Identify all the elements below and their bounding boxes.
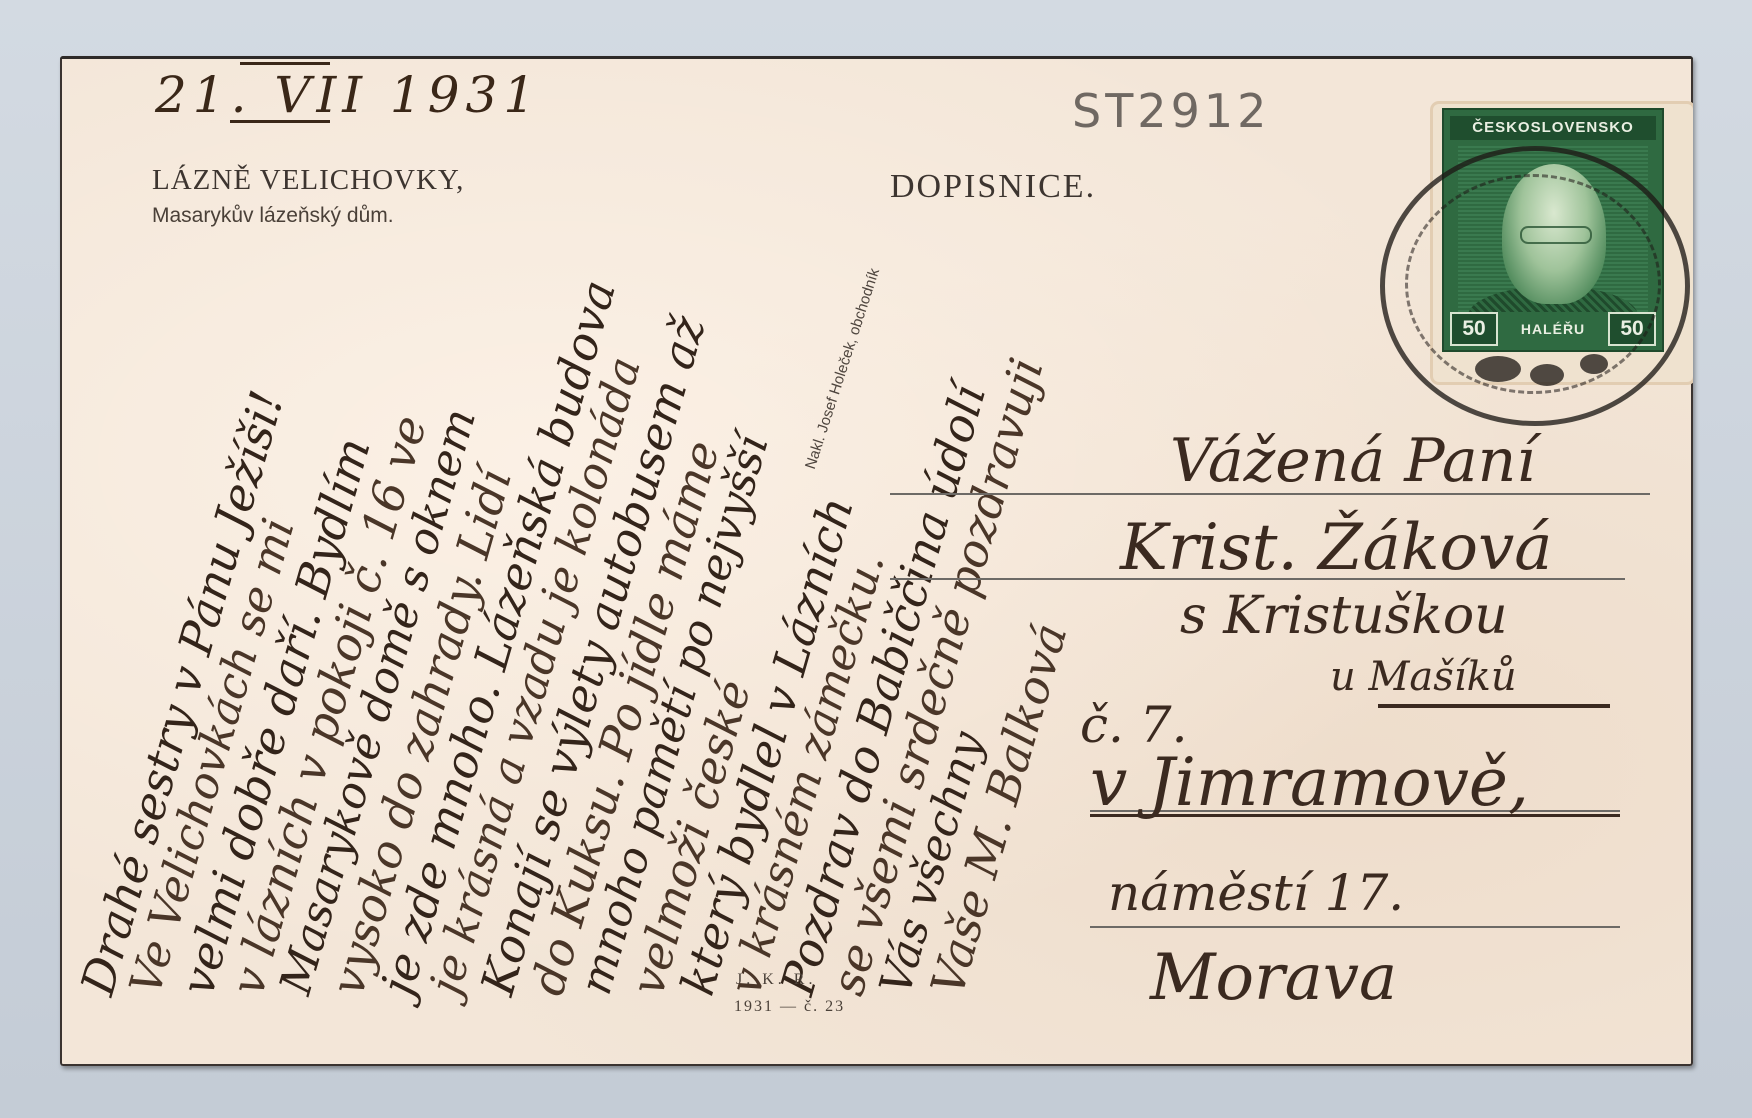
address-name: Krist. Žáková — [1120, 511, 1552, 585]
inventory-code: ST2912 — [1072, 84, 1270, 138]
print-number: 1931 — č. 23 — [734, 998, 845, 1016]
postmark-inner-ring — [1405, 174, 1661, 394]
address-companion: s Kristuškou — [1180, 586, 1508, 646]
postmark-ink — [1580, 354, 1608, 374]
print-code: J. K. R. — [736, 971, 816, 989]
postmark-ink — [1530, 364, 1564, 386]
address-salutation: Vážená Paní — [1170, 426, 1535, 496]
address-at: u Mašíků — [1330, 654, 1517, 700]
address-rule — [1090, 926, 1620, 928]
postmark-ink — [1475, 356, 1521, 382]
address-region: Morava — [1150, 941, 1397, 1015]
address-town: v Jimramově, — [1090, 744, 1529, 821]
postcard: 21. VII 1931 LÁZNĚ VELICHOVKY, Masarykův… — [60, 56, 1693, 1066]
stamp-country: ČESKOSLOVENSKO — [1450, 116, 1656, 140]
message-area: Drahé sestry v Pánu Ježíši!Ve Velichovká… — [60, 56, 1060, 1066]
address-street: náměstí 17. — [1108, 864, 1404, 922]
underline-masiku — [1378, 704, 1610, 708]
